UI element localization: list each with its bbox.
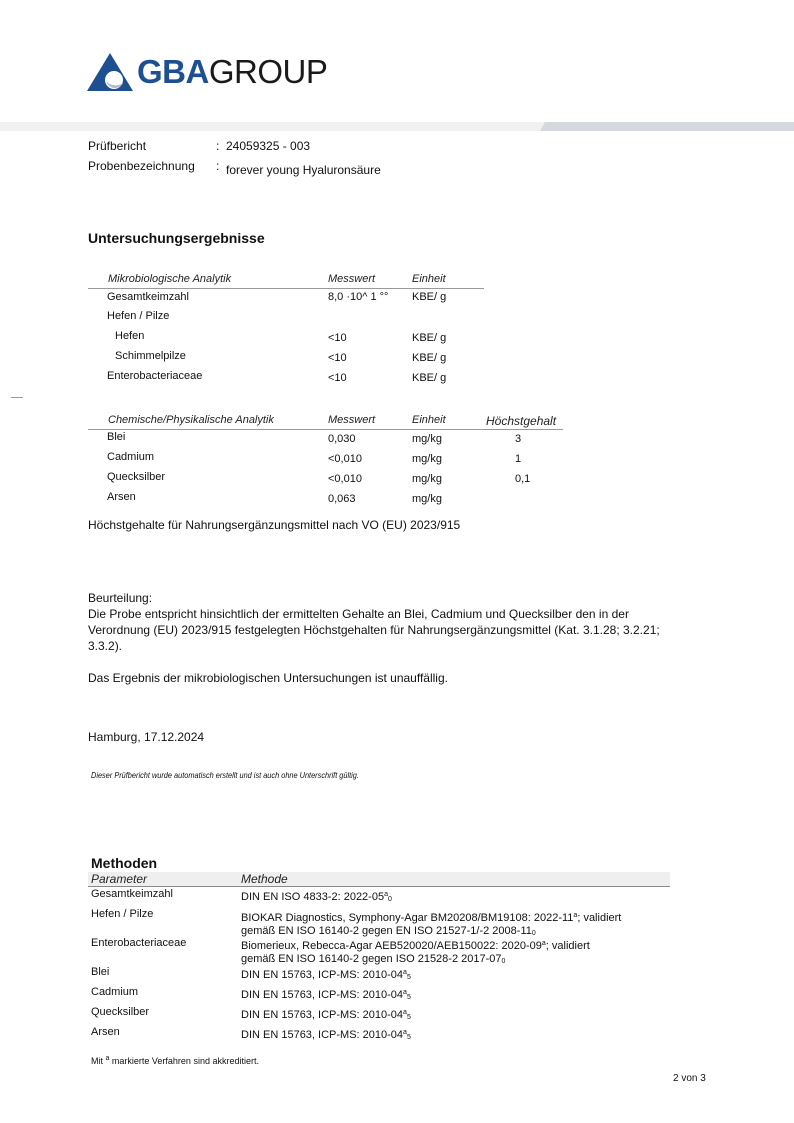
auto-generated-note: Dieser Prüfbericht wurde automatisch ers… bbox=[91, 771, 359, 780]
assessment-line: 3.3.2). bbox=[88, 638, 728, 654]
header-band-dark bbox=[540, 122, 794, 131]
table-row-value: 0,030 bbox=[328, 433, 356, 445]
table-row-max: 1 bbox=[515, 453, 521, 465]
method-parameter: Blei bbox=[91, 966, 109, 978]
table-row-name: Blei bbox=[107, 431, 125, 443]
results-title: Untersuchungsergebnisse bbox=[88, 230, 265, 246]
table-row-name: Arsen bbox=[107, 491, 136, 503]
chem-header-max: Höchstgehalt bbox=[486, 414, 556, 428]
table-row-unit: KBE/ g bbox=[412, 352, 446, 364]
table-row-value: <10 bbox=[328, 352, 347, 364]
assessment-line: Verordnung (EU) 2023/915 festgelegten Hö… bbox=[88, 622, 728, 638]
method-text: Biomerieux, Rebecca-Agar AEB520020/AEB15… bbox=[241, 937, 590, 968]
micro-result: Das Ergebnis der mikrobiologischen Unter… bbox=[88, 670, 728, 686]
method-parameter: Quecksilber bbox=[91, 1006, 149, 1018]
report-label: Prüfbericht bbox=[88, 139, 146, 153]
method-parameter: Arsen bbox=[91, 1026, 120, 1038]
micro-header-unit: Einheit bbox=[412, 273, 446, 285]
accreditation-footnote: Mit a markierte Verfahren sind akkrediti… bbox=[91, 1055, 259, 1066]
table-row-name: Hefen / Pilze bbox=[107, 310, 169, 322]
method-parameter: Cadmium bbox=[91, 986, 138, 998]
table-row-name: Quecksilber bbox=[107, 471, 165, 483]
table-row-value: <10 bbox=[328, 332, 347, 344]
method-text: DIN EN 15763, ICP-MS: 2010-04a5 bbox=[241, 1026, 411, 1044]
table-row-unit: mg/kg bbox=[412, 433, 442, 445]
micro-header-value: Messwert bbox=[328, 273, 375, 285]
report-number: 24059325 - 003 bbox=[226, 139, 310, 153]
table-row-value: <0,010 bbox=[328, 473, 362, 485]
gba-group-logo: GBAGROUP bbox=[87, 52, 327, 92]
table-row-unit: mg/kg bbox=[412, 453, 442, 465]
table-row-value: 8,0 ·10^ 1 °° bbox=[328, 291, 388, 303]
assessment-block: Beurteilung: Die Probe entspricht hinsic… bbox=[88, 590, 728, 686]
logo-brand-light: GROUP bbox=[209, 53, 328, 90]
methods-header-parameter: Parameter bbox=[91, 872, 147, 886]
method-text: DIN EN ISO 4833-2: 2022-05a0 bbox=[241, 888, 392, 906]
micro-header-analysis: Mikrobiologische Analytik bbox=[108, 273, 231, 285]
table-row-value: <0,010 bbox=[328, 453, 362, 465]
max-levels-note: Höchstgehalte für Nahrungsergänzungsmitt… bbox=[88, 518, 460, 532]
method-text: BIOKAR Diagnostics, Symphony-Agar BM2020… bbox=[241, 909, 621, 940]
table-row-unit: mg/kg bbox=[412, 473, 442, 485]
chem-header-analysis: Chemische/Physikalische Analytik bbox=[108, 414, 274, 426]
chem-header-value: Messwert bbox=[328, 414, 375, 426]
page-number: 2 von 3 bbox=[673, 1073, 706, 1084]
gba-triangle-logo-icon bbox=[87, 53, 133, 91]
table-row-unit: KBE/ g bbox=[412, 332, 446, 344]
table-row-name: Schimmelpilze bbox=[115, 350, 186, 362]
table-row-name: Hefen bbox=[115, 330, 144, 342]
report-colon: : bbox=[216, 139, 219, 153]
sample-colon: : bbox=[216, 159, 219, 173]
table-row-name: Enterobacteriaceae bbox=[107, 370, 202, 382]
margin-mark bbox=[11, 397, 23, 398]
method-parameter: Hefen / Pilze bbox=[91, 908, 153, 920]
table-row-value: 0,063 bbox=[328, 493, 356, 505]
logo-brand-bold: GBA bbox=[137, 53, 209, 90]
table-row-unit: mg/kg bbox=[412, 493, 442, 505]
table-row-value: <10 bbox=[328, 372, 347, 384]
method-parameter: Gesamtkeimzahl bbox=[91, 888, 173, 900]
method-text: DIN EN 15763, ICP-MS: 2010-04a5 bbox=[241, 1006, 411, 1024]
methods-header-method: Methode bbox=[241, 872, 288, 886]
sample-label: Probenbezeichnung bbox=[88, 159, 195, 173]
place-date: Hamburg, 17.12.2024 bbox=[88, 730, 204, 744]
table-row-max: 3 bbox=[515, 433, 521, 445]
assessment-line: Die Probe entspricht hinsichtlich der er… bbox=[88, 606, 728, 622]
chem-header-rule bbox=[88, 429, 563, 430]
method-parameter: Enterobacteriaceae bbox=[91, 937, 186, 949]
table-row-name: Cadmium bbox=[107, 451, 154, 463]
method-text: DIN EN 15763, ICP-MS: 2010-04a5 bbox=[241, 986, 411, 1004]
table-row-max: 0,1 bbox=[515, 473, 530, 485]
table-row-name: Gesamtkeimzahl bbox=[107, 291, 189, 303]
table-row-unit: KBE/ g bbox=[412, 372, 446, 384]
sample-name: forever young Hyaluronsäure bbox=[226, 163, 381, 177]
methods-header-bar bbox=[88, 872, 670, 887]
chem-header-unit: Einheit bbox=[412, 414, 446, 426]
header-band-light bbox=[0, 122, 545, 131]
table-row-unit: KBE/ g bbox=[412, 291, 446, 303]
method-text: DIN EN 15763, ICP-MS: 2010-04a5 bbox=[241, 966, 411, 984]
micro-header-rule bbox=[88, 288, 484, 289]
assessment-heading: Beurteilung: bbox=[88, 590, 728, 606]
methods-title: Methoden bbox=[91, 855, 157, 871]
